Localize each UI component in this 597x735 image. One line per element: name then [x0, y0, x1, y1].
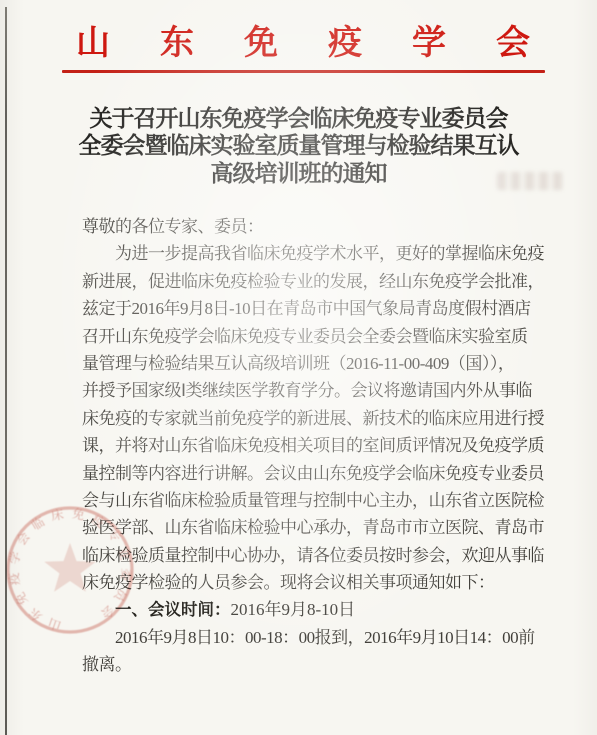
text-line: 临床检验质量控制中心协办，请各位委员按时参会，欢迎从事临: [82, 542, 534, 569]
text-line: 尊敬的各位专家、委员：: [82, 213, 534, 240]
body-paragraph: 尊敬的各位专家、委员： 为进一步提高我省临床免疫学术水平，更好的掌握临床免疫新进…: [82, 213, 534, 596]
letterhead-org-name: 山东免疫学会: [76, 27, 580, 61]
text-line: 高级培训班的通知: [30, 159, 567, 186]
text-line: 新进展，促进临床免疫检验专业的发展，经山东免疫学会批准，: [82, 268, 534, 295]
text-line: 床免疫的专家就当前免疫学的新进展、新技术的临床应用进行授: [82, 405, 534, 432]
text-line: 为进一步提高我省临床免疫学术水平，更好的掌握临床免疫: [82, 240, 534, 267]
text-line: 床免疫学检验的人员参会。现将会议相关事项通知如下：: [82, 569, 534, 596]
text-line: 验医学部、山东省临床检验中心承办，青岛市市立医院、青岛市: [82, 514, 534, 541]
meeting-time-heading: 一、会议时间：2016年9月8-10日: [82, 596, 534, 623]
text-line: 量控制等内容进行讲解。会议由山东免疫学会临床免疫专业委员: [82, 460, 534, 487]
text-line: 关于召开山东免疫学会临床免疫专业委员会: [30, 104, 567, 131]
text-line: 召开山东免疫学会临床免疫专业委员会全委会暨临床实验室质: [82, 323, 534, 350]
document-title: 关于召开山东免疫学会临床免疫专业委员会全委会暨临床实验室质量管理与检验结果互认高…: [30, 104, 567, 186]
document-page: 山东免疫学会 关于召开山东免疫学会临床免疫专业委员会全委会暨临床实验室质量管理与…: [0, 0, 597, 735]
document-body: 尊敬的各位专家、委员： 为进一步提高我省临床免疫学术水平，更好的掌握临床免疫新进…: [82, 213, 534, 679]
meeting-time-label: 一、会议时间：: [115, 601, 231, 619]
text-line: 课，并将对山东省临床免疫相关项目的室间质评情况及免疫学质: [82, 432, 534, 459]
scanner-edge-artifact: [5, 7, 7, 735]
text-line: 撤离。: [82, 651, 534, 678]
closing-paragraph: 2016年9月8日10：00-18：00报到，2016年9月10日14：00前撤…: [82, 624, 534, 679]
text-line: 量管理与检验结果互认高级培训班（2016-11-00-409（国）），: [82, 350, 534, 377]
text-line: 兹定于2016年9月8日-10日在青岛市中国气象局青岛度假村酒店: [82, 295, 534, 322]
letterhead-divider-line: [62, 70, 545, 73]
text-line: 全委会暨临床实验室质量管理与检验结果互认: [30, 131, 567, 158]
text-line: 会与山东省临床检验质量管理与控制中心主办，山东省立医院检: [82, 487, 534, 514]
text-line: 2016年9月8日10：00-18：00报到，2016年9月10日14：00前: [82, 624, 534, 651]
meeting-time-value: 2016年9月8-10日: [231, 600, 356, 619]
text-line: 并授予国家级Ⅰ类继续医学教育学分。会议将邀请国内外从事临: [82, 377, 534, 404]
